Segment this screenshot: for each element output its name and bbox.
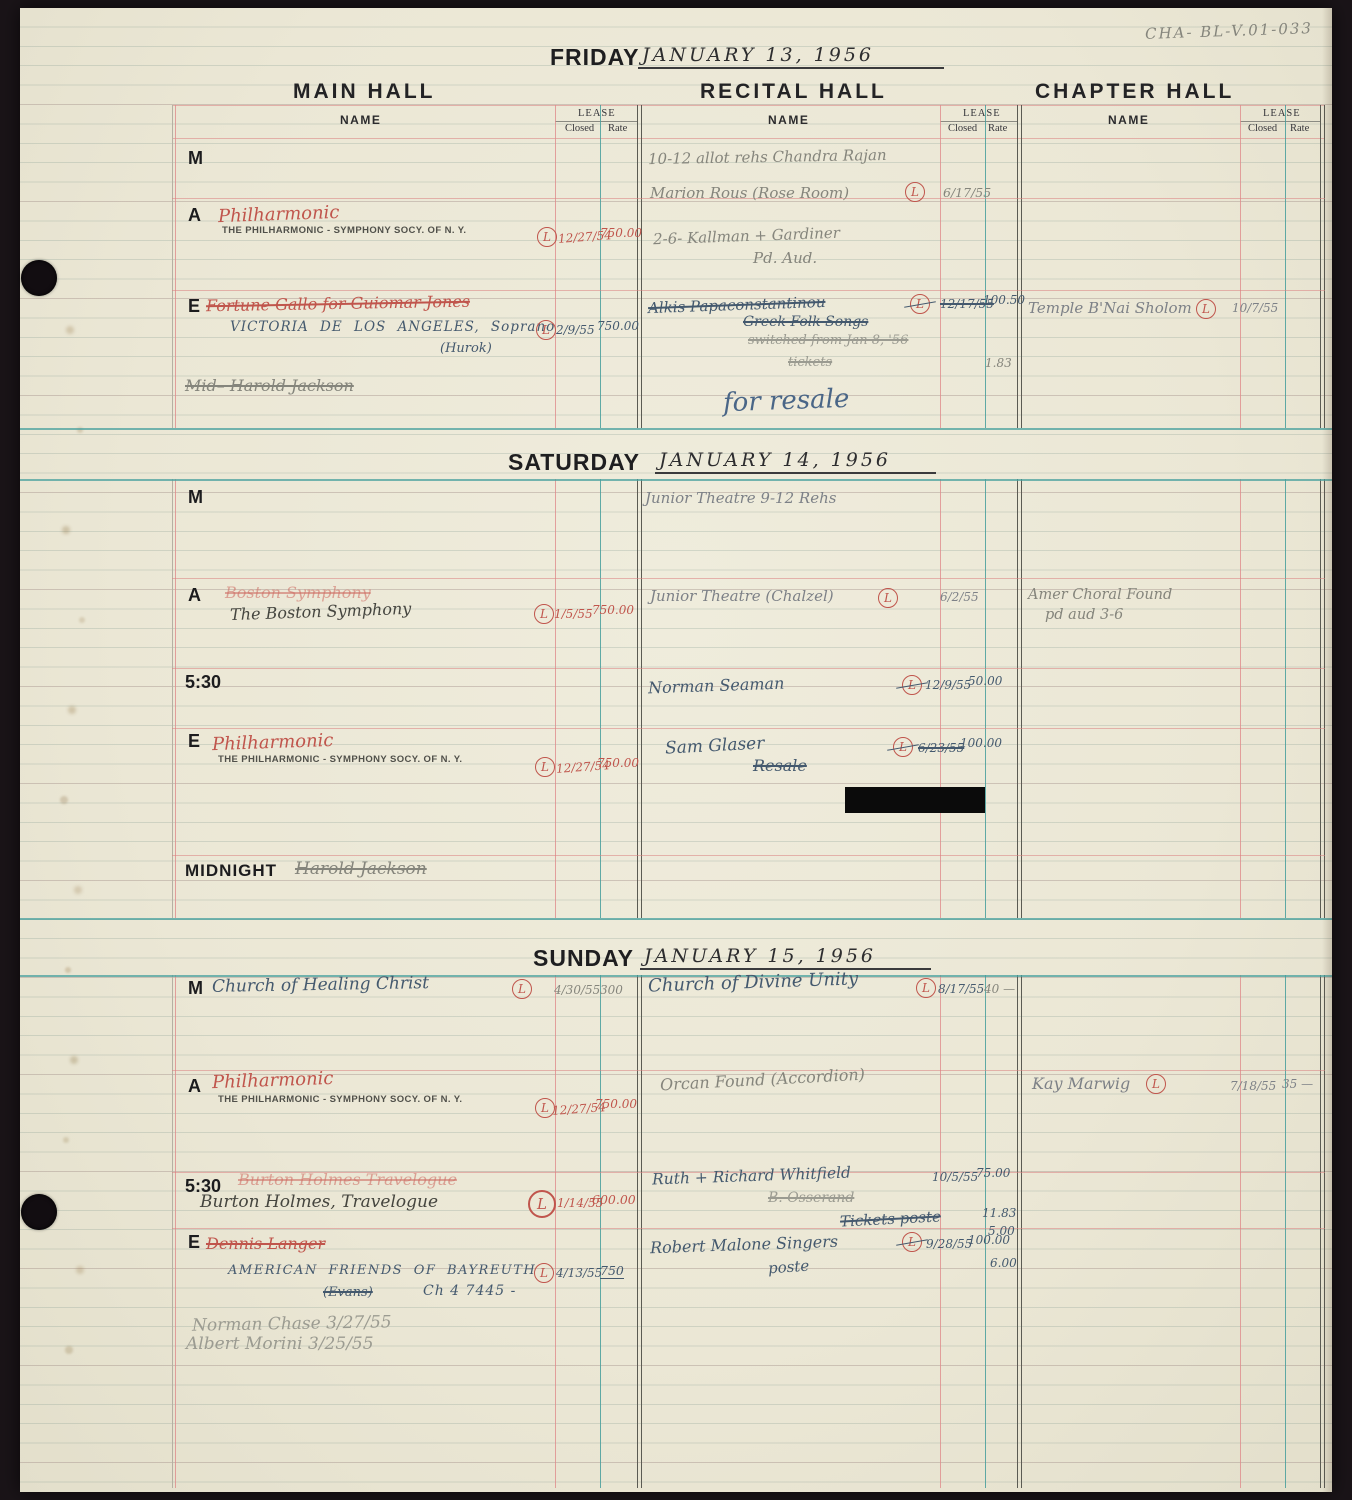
row-rule (172, 290, 1325, 291)
lease-l-icon: L (905, 182, 925, 202)
lease-l-icon: L (512, 979, 532, 999)
lease-l-icon: L (534, 1263, 554, 1283)
row-marker-a: A (188, 1076, 201, 1097)
entry-name: AMERICAN FRIENDS OF BAYREUTH (228, 1263, 536, 1278)
lease-rate: 750.00 (592, 603, 634, 617)
lease-rate: 300 (600, 983, 623, 997)
lease-rate: 40 — (984, 982, 1015, 996)
redaction-box (845, 787, 985, 813)
entry-name: Temple B'Nai Sholom (1028, 299, 1192, 317)
entry-name: Philharmonic (218, 202, 340, 227)
entry-crossed: Dennis Langer (206, 1234, 325, 1253)
row-rule (172, 728, 1325, 729)
lease-rate: 6.00 (990, 1256, 1017, 1270)
entry-crossed: Resale (753, 756, 807, 775)
day-date-saturday: JANUARY 14, 1956 (655, 449, 936, 474)
entry-name: Church of Healing Christ (212, 973, 429, 997)
lease-closed: 6/17/55 (943, 185, 991, 200)
lease-rate: 750.00 (600, 226, 642, 240)
lease-l-icon: L (1196, 299, 1216, 319)
row-marker-530: 5:30 (185, 672, 221, 693)
lease-l-icon: L (916, 978, 936, 998)
entry-name: Junior Theatre (Chalzel) (650, 587, 834, 605)
lease-closed: 1/5/55 (554, 607, 593, 621)
hall-header-chapter: CHAPTER HALL (1035, 80, 1234, 104)
lease-closed: 4/13/55 (556, 1266, 602, 1280)
entry-name: Philharmonic (212, 730, 334, 755)
entry-note: (Hurok) (440, 341, 492, 356)
row-marker-m: M (188, 487, 203, 508)
row-rule (172, 855, 1325, 856)
lease-rate: 750.00 (597, 319, 639, 333)
lease-l-icon: L (893, 737, 913, 757)
lease-closed: 10/7/55 (1232, 301, 1278, 315)
hall-header-main: MAIN HALL (293, 80, 435, 104)
entry-crossed: (Evans) (323, 1285, 373, 1300)
lease-l-icon: L (1146, 1074, 1166, 1094)
entry-name: Marion Rous (Rose Room) (650, 184, 849, 202)
entry-crossed: Mid– Harold Jackson (185, 376, 354, 395)
entry-crossed: Burton Holmes Travelogue (238, 1170, 457, 1189)
entry-name: Burton Holmes, Travelogue (200, 1192, 438, 1212)
philharmonic-stamp: THE PHILHARMONIC - SYMPHONY SOCY. OF N. … (218, 754, 462, 765)
column-rules-sunday (20, 975, 1332, 1488)
lease-l-icon: L (528, 1190, 556, 1218)
section-divider (20, 428, 1332, 430)
day-date-sunday: JANUARY 15, 1956 (640, 945, 931, 970)
entry-note: Albert Morini 3/25/55 (186, 1334, 374, 1354)
lease-l-icon: L (537, 227, 557, 247)
lease-rate: 100.00 (968, 1233, 1010, 1247)
lease-l-icon: L (910, 294, 930, 314)
lease-rate: 1.83 (985, 356, 1012, 370)
row-rule (172, 668, 1325, 669)
entry-crossed: Harold Jackson (295, 859, 427, 879)
row-marker-a: A (188, 205, 201, 226)
row-marker-m: M (188, 978, 203, 999)
lease-l-icon: L (878, 588, 898, 608)
row-marker-e: E (188, 1232, 200, 1253)
entry-crossed: B. Osserand (768, 1190, 854, 1206)
lease-closed: 10/5/55 (932, 1170, 978, 1184)
philharmonic-stamp: THE PHILHARMONIC - SYMPHONY SOCY. OF N. … (218, 1094, 462, 1105)
lease-closed: 12/9/55 (925, 678, 971, 692)
lease-closed: 8/17/55 (938, 982, 984, 996)
lease-rate: 750.00 (597, 756, 639, 770)
entry-note: Ch 4 7445 - (423, 1283, 516, 1299)
lease-closed: 9/28/55 (926, 1237, 972, 1251)
entry-note: for resale (723, 384, 850, 418)
day-header-friday: FRIDAY (550, 44, 640, 71)
column-rules-saturday (20, 479, 1332, 918)
section-divider (20, 479, 1332, 481)
hall-header-recital: RECITAL HALL (700, 80, 887, 104)
archive-code: CHA- BL-V.01-033 (1145, 19, 1313, 43)
row-rule (172, 578, 1325, 579)
lease-l-icon: L (536, 320, 556, 340)
lease-rate: 11.83 (982, 1206, 1016, 1220)
lease-l-icon: L (902, 1232, 922, 1252)
row-marker-m: M (188, 148, 203, 169)
lease-l-icon: L (902, 675, 922, 695)
entry-note: poste (767, 1257, 809, 1278)
lease-closed: 6/2/55 (940, 590, 979, 604)
row-marker-a: A (188, 585, 201, 606)
entry-note: pd aud 3-6 (1045, 607, 1123, 623)
lease-closed: 4/30/55 (554, 983, 600, 997)
philharmonic-stamp: THE PHILHARMONIC - SYMPHONY SOCY. OF N. … (222, 225, 466, 236)
lease-rate: 50.00 (968, 674, 1002, 688)
lease-closed: 7/18/55 (1230, 1079, 1276, 1093)
day-date-friday: JANUARY 13, 1956 (638, 44, 944, 69)
entry-crossed: Boston Symphony (225, 583, 371, 602)
lease-rate: 600.00 (592, 1192, 636, 1207)
row-marker-e: E (188, 296, 200, 317)
scanned-ledger-page: CHA- BL-V.01-033 FRIDAY JANUARY 13, 1956… (0, 0, 1352, 1500)
entry-crossed: switched from Jan 8, '56 (748, 333, 908, 348)
edge-stains (20, 8, 24, 12)
entry-note: Norman Chase 3/27/55 (192, 1312, 392, 1335)
entry-note: Junior Theatre 9-12 Rehs (645, 489, 836, 507)
lease-l-icon: L (535, 757, 555, 777)
section-divider (20, 918, 1332, 920)
day-header-saturday: SATURDAY (508, 449, 640, 476)
entry-crossed: tickets (788, 355, 832, 370)
entry-note: Pd. Aud. (753, 249, 817, 267)
lease-rate: 750 (600, 1263, 624, 1279)
lease-rate: 75.00 (976, 1166, 1010, 1180)
entry-name: VICTORIA DE LOS ANGELES, Soprano (230, 319, 555, 335)
day-header-sunday: SUNDAY (533, 945, 634, 972)
row-rule (172, 1228, 1325, 1229)
entry-name: Kay Marwig (1032, 1074, 1130, 1093)
entry-name: Amer Choral Found (1028, 587, 1172, 603)
lease-rate: 750.00 (595, 1097, 637, 1111)
lease-rate: 100.00 (960, 736, 1002, 750)
lease-closed: 6/23/55 (918, 741, 964, 755)
lease-rate: 100.50 (983, 293, 1025, 307)
lease-closed: 2/9/55 (556, 323, 595, 337)
lease-rate: 35 — (1282, 1077, 1313, 1091)
row-marker-e: E (188, 731, 200, 752)
entry-crossed: Greek Folk Songs (743, 314, 868, 330)
entry-name: Philharmonic (212, 1068, 334, 1093)
row-marker-midnight: MIDNIGHT (185, 861, 277, 881)
ledger-paper: CHA- BL-V.01-033 FRIDAY JANUARY 13, 1956… (20, 8, 1332, 1492)
lease-l-icon: L (534, 604, 554, 624)
